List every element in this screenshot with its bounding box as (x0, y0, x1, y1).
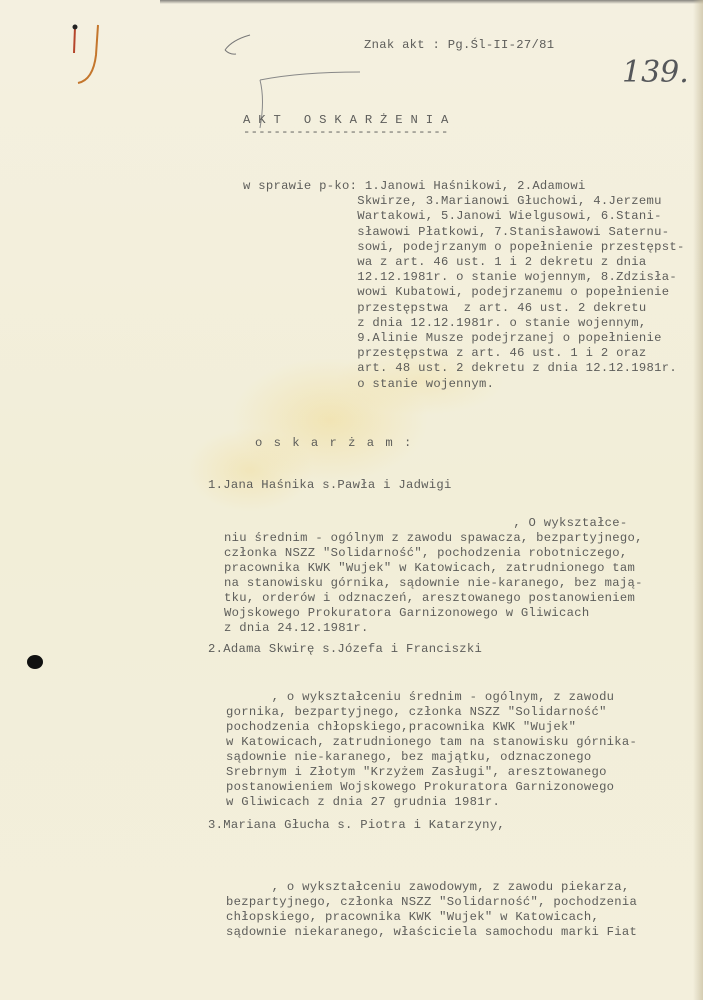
text-line: sądownie nie-karanego, bez majątku, odzn… (226, 750, 591, 764)
case-reference: Znak akt : Pg.Śl-II-27/81 (364, 38, 554, 52)
text-line: w Gliwicach z dnia 27 grudnia 1981r. (226, 795, 500, 809)
text-line: gornika, bezpartyjnego, członka NSZZ "So… (226, 705, 607, 719)
text-line: Srebrnym i Złotym "Krzyżem Zasługi", are… (226, 765, 607, 779)
text-line: tku, orderów i odznaczeń, aresztowanego … (224, 591, 635, 605)
text-line: w Katowicach, zatrudnionego tam na stano… (226, 735, 637, 749)
text-line: sławowi Płatkowi, 7.Stanisławowi Saternu… (243, 225, 669, 239)
text-line: o stanie wojennym. (243, 377, 494, 391)
text-line: z dnia 12.12.1981r. o stanie wojennym, (243, 316, 647, 330)
text-line: , O wykształce- (224, 516, 628, 530)
text-line: chłopskiego, pracownika KWK "Wujek" w Ka… (226, 910, 599, 924)
text-line: postanowieniem Wojskowego Prokuratora Ga… (226, 780, 614, 794)
text-line: Skwirze, 3.Marianowi Głuchowi, 4.Jerzemu (243, 194, 662, 208)
text-line: z dnia 24.12.1981r. (224, 621, 369, 635)
text-line: 12.12.1981r. o stanie wojennym, 8.Zdzisł… (243, 270, 677, 284)
text-line: 9.Alinie Musze podejrzanej o popełnienie (243, 331, 662, 345)
text-line: Wojskowego Prokuratora Garnizonowego w G… (224, 606, 589, 620)
text-line: w sprawie p-ko: 1.Janowi Haśnikowi, 2.Ad… (243, 179, 586, 193)
text-line: niu średnim - ogólnym z zawodu spawacza,… (224, 531, 643, 545)
text-line: bezpartyjnego, członka NSZZ "Solidarność… (226, 895, 637, 909)
text-line: przestępstwa z art. 46 ust. 2 dekretu (243, 301, 647, 315)
text-line: art. 48 ust. 2 dekretu z dnia 12.12.1981… (243, 361, 677, 375)
accused-2-heading: 2.Adama Skwirę s.Józefa i Franciszki (208, 642, 482, 656)
text-line: na stanowisku górnika, sądownie nie-kara… (224, 576, 643, 590)
text-line: członka NSZZ "Solidarność", pochodzenia … (224, 546, 628, 560)
text-line: wa z art. 46 ust. 1 i 2 dekretu z dnia (243, 255, 647, 269)
punch-hole-icon (27, 655, 43, 669)
text-line: Wartakowi, 5.Janowi Wielgusowi, 6.Stani- (243, 209, 662, 223)
accuse-heading: o s k a r ż a m : (255, 436, 413, 450)
accused-1-heading: 1.Jana Haśnika s.Pawła i Jadwigi (208, 478, 452, 492)
text-line: przestępstwa z art. 46 ust. 1 i 2 oraz (243, 346, 647, 360)
text-line: pochodzenia chłopskiego,pracownika KWK "… (226, 720, 576, 734)
page-right-edge (693, 0, 703, 1000)
text-line: wowi Kubatowi, podejrzanemu o popełnieni… (243, 285, 669, 299)
title-underline: --------------------------- (243, 125, 449, 139)
page-top-edge (160, 0, 703, 4)
text-line: sądownie niekaranego, właściciela samoch… (226, 925, 637, 939)
text-line: pracownika KWK "Wujek" w Katowicach, zat… (224, 561, 635, 575)
text-line: sowi, podejrzanym o popełnienie przestęp… (243, 240, 685, 254)
document-page (0, 0, 703, 1000)
text-line: , o wykształceniu zawodowym, z zawodu pi… (226, 880, 630, 894)
text-line: , o wykształceniu średnim - ogólnym, z z… (226, 690, 614, 704)
page-number: 139. (622, 55, 689, 90)
accused-3-heading: 3.Mariana Głucha s. Piotra i Katarzyny, (208, 818, 505, 832)
pen-mark-icon (60, 15, 110, 90)
